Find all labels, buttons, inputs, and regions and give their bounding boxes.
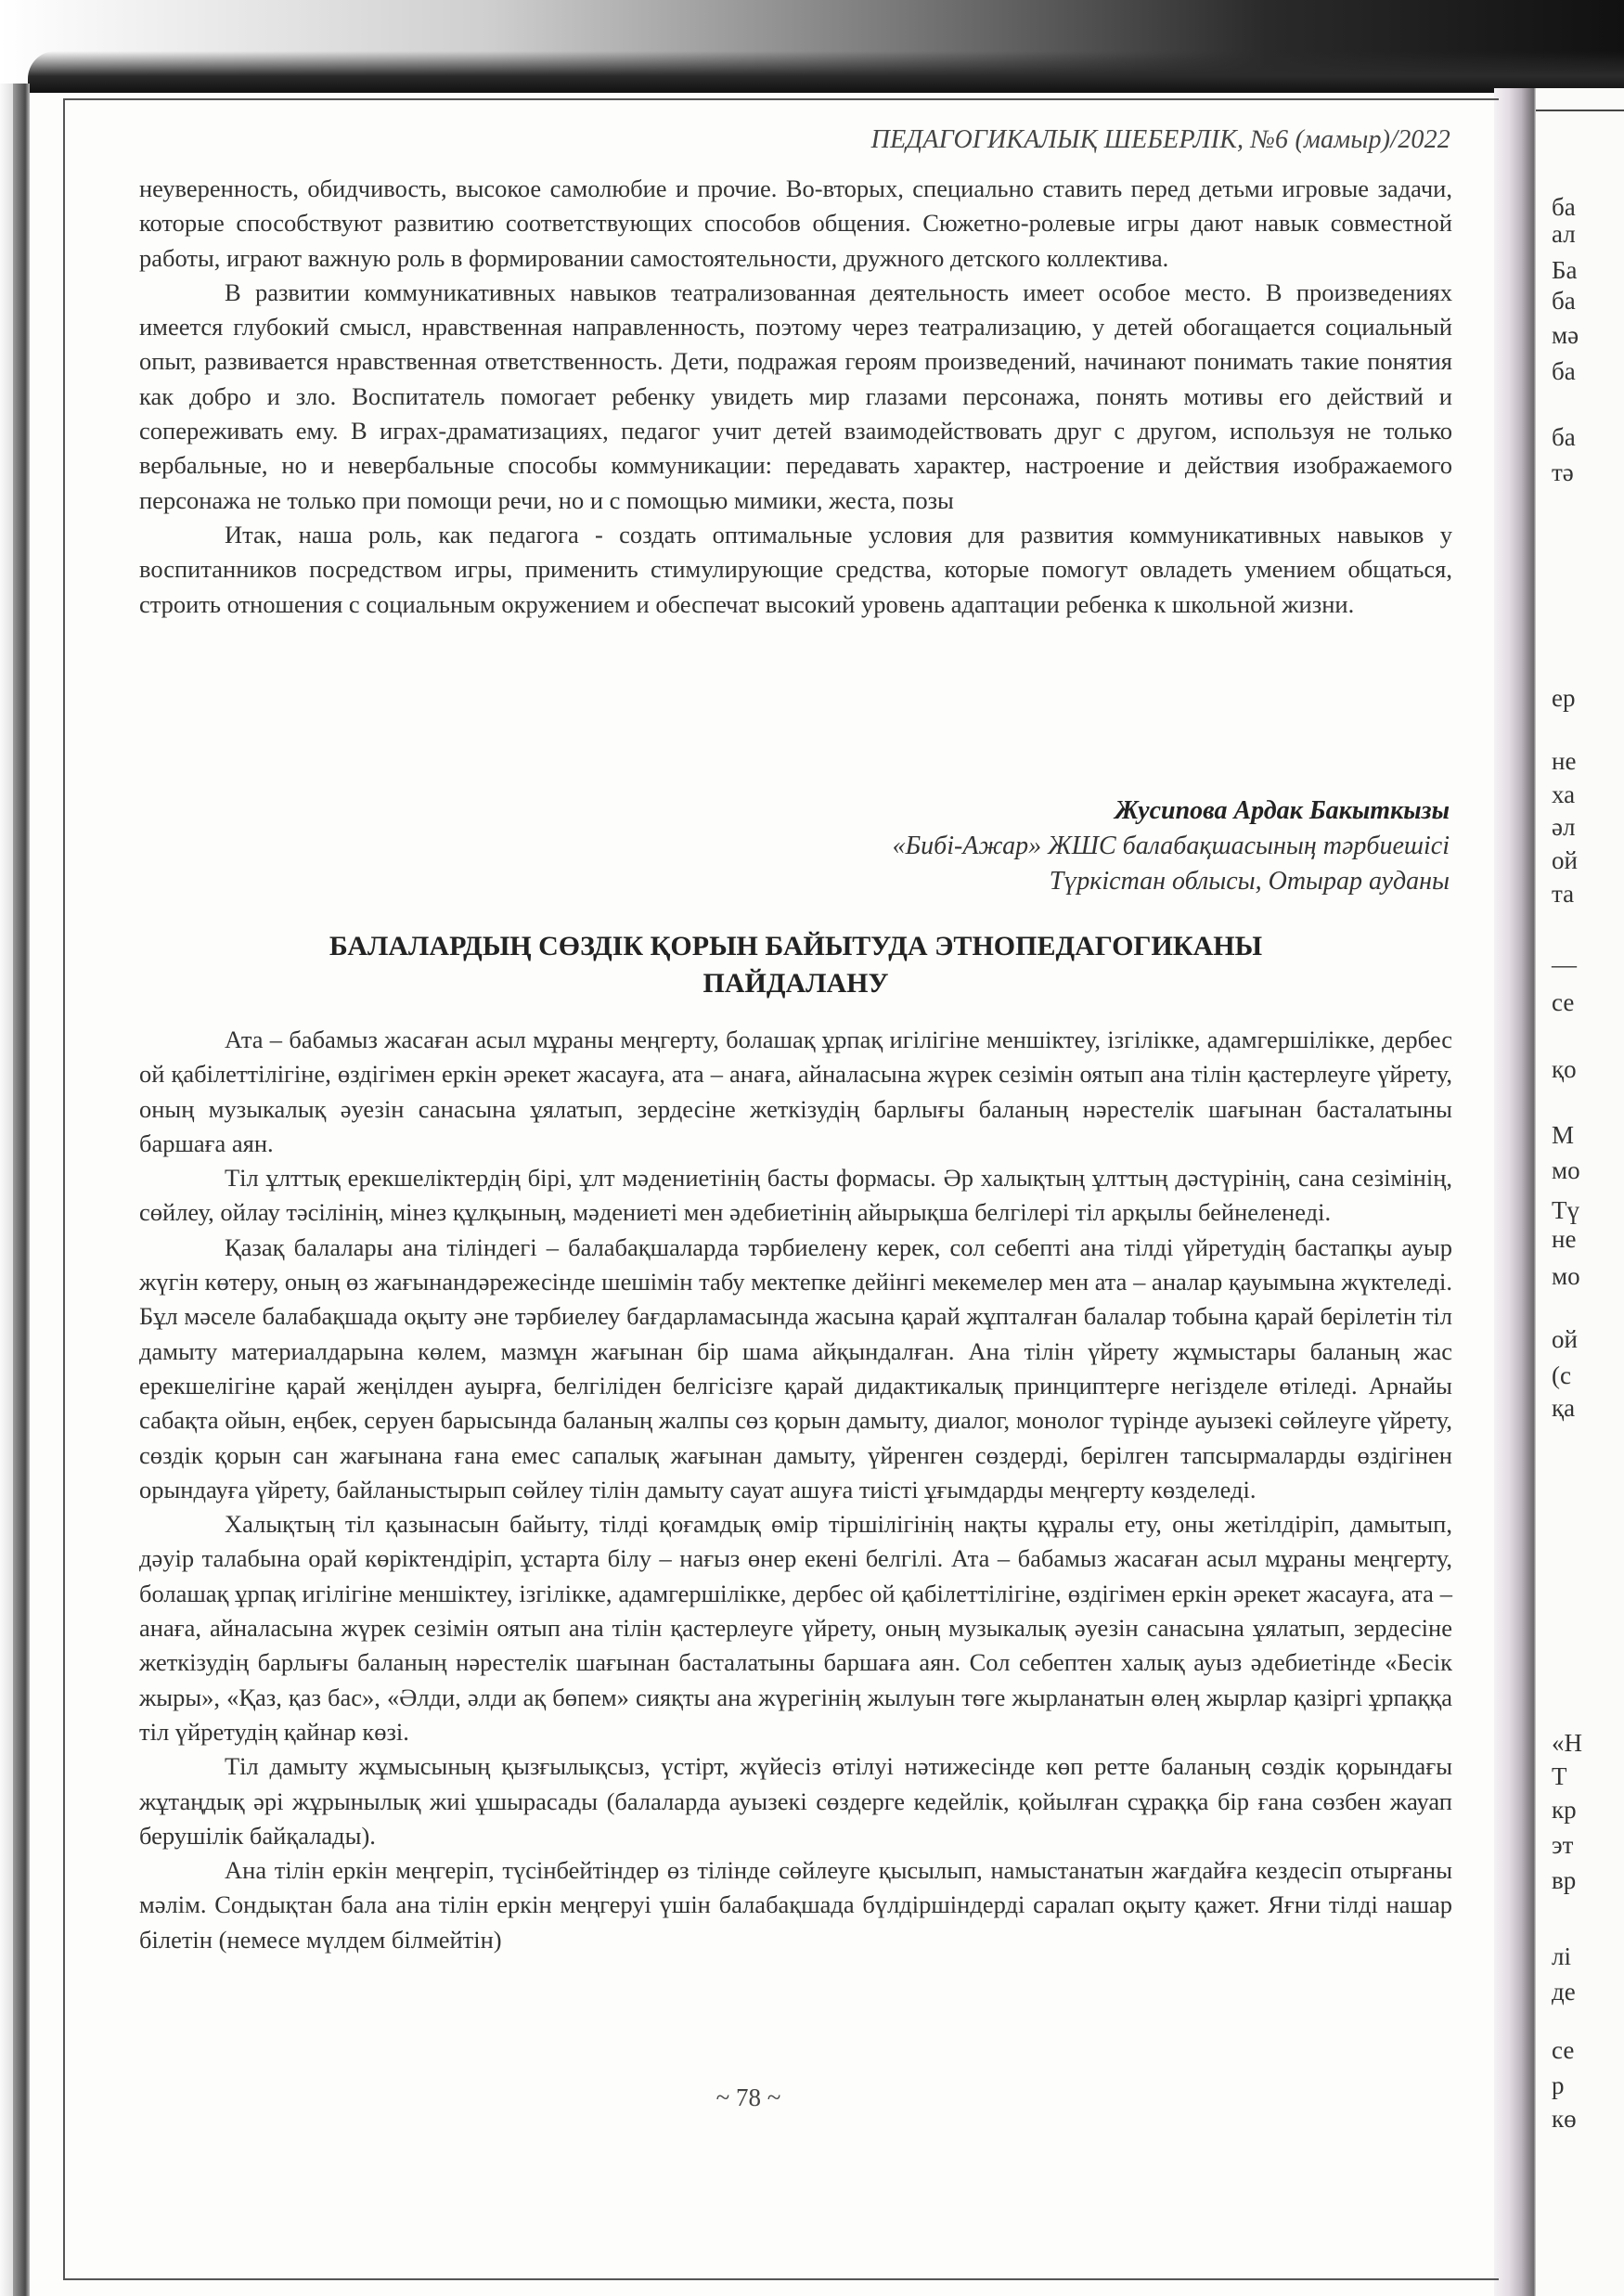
facing-page-fragment: Т [1552, 1762, 1567, 1791]
facing-page-fragment: (с [1552, 1361, 1571, 1390]
paragraph: Тіл дамыту жұмысының қызғылықсыз, үстірт… [139, 1749, 1452, 1853]
page-left-edge-highlight [0, 84, 13, 2296]
running-head: ПЕДАГОГИКАЛЫҚ ШЕБЕРЛІК, №6 (мамыр)/2022 [871, 125, 1450, 155]
facing-page-fragment: не [1552, 747, 1576, 776]
facing-page-fragment: М [1552, 1121, 1574, 1150]
paragraph: Тіл ұлттық ерекшеліктердің бірі, ұлт мәд… [139, 1161, 1452, 1231]
paragraph: Қазақ балалары ана тіліндегі – балабақша… [139, 1231, 1452, 1507]
facing-page-fragment: эт [1552, 1831, 1573, 1860]
facing-page-fragment: се [1552, 988, 1574, 1017]
facing-page-fragment: лі [1552, 1942, 1571, 1971]
facing-page-fragment: Тү [1552, 1196, 1579, 1225]
facing-page-fragment: вр [1552, 1866, 1576, 1895]
facing-page-fragment: ба [1552, 287, 1576, 316]
article-title: БАЛАЛАРДЫҢ СӨЗДІК ҚОРЫН БАЙЫТУДА ЭТНОПЕД… [139, 928, 1452, 1002]
paragraph: Ана тілін еркін меңгеріп, түсінбейтіндер… [139, 1853, 1452, 1957]
facing-page-fragment: «Н [1552, 1729, 1582, 1758]
facing-page-fragment: ой [1552, 1325, 1578, 1354]
facing-page [1536, 88, 1624, 2296]
facing-page-fragment: ой [1552, 846, 1578, 875]
facing-page-fragment: — [1552, 950, 1577, 979]
facing-page-fragment: қо [1552, 1055, 1577, 1084]
facing-page-fragment: мо [1552, 1262, 1580, 1291]
author-block: Жусипова Ардак Бакыткызы «Бибі-Ажар» ЖШС… [893, 793, 1450, 899]
facing-page-fragment: не [1552, 1225, 1576, 1254]
author-location: Түркістан облысы, Отырар ауданы [893, 864, 1450, 899]
facing-page-fragment: мә [1552, 321, 1579, 350]
paragraph: Ата – бабамыз жасаған асыл мұраны меңгер… [139, 1023, 1452, 1161]
scan-shadow-band [0, 0, 1624, 93]
facing-page-fragment: ер [1552, 684, 1575, 713]
facing-page-fragment: қа [1552, 1394, 1575, 1423]
facing-page-fragment: та [1552, 880, 1574, 909]
paragraph: В развитии коммуникативных навыков театр… [139, 276, 1452, 518]
facing-page-fragment: кө [1552, 2105, 1577, 2134]
facing-page-fragment: ха [1552, 780, 1575, 809]
paragraph: неуверенность, обидчивость, высокое само… [139, 172, 1452, 276]
facing-page-fragment: әл [1552, 813, 1575, 842]
facing-page-fragment: ал [1552, 220, 1576, 249]
facing-page-rule [1536, 110, 1624, 111]
facing-page-fragment: ба [1552, 423, 1576, 452]
facing-page-fragment: Ба [1552, 256, 1578, 285]
article-body: Ата – бабамыз жасаған асыл мұраны меңгер… [139, 1023, 1452, 1957]
facing-page-fragment: де [1552, 1978, 1576, 2006]
author-name: Жусипова Ардак Бакыткызы [893, 793, 1450, 829]
book-gutter-shadow [1494, 88, 1536, 2296]
facing-page-fragment: ба [1552, 357, 1576, 386]
facing-page-fragment: ба [1552, 193, 1576, 222]
article-title-line-2: ПАЙДАЛАНУ [139, 965, 1452, 1002]
author-affiliation: «Бибі-Ажар» ЖШС балабақшасының тәрбиешіс… [893, 829, 1450, 864]
page-number: ~ 78 ~ [0, 2083, 1497, 2112]
paragraph: Итак, наша роль, как педагога - создать … [139, 518, 1452, 622]
paragraph: Халықтың тіл қазынасын байыту, тілді қоғ… [139, 1507, 1452, 1749]
previous-article-body: неуверенность, обидчивость, высокое само… [139, 172, 1452, 622]
facing-page-fragment: мо [1552, 1156, 1580, 1185]
facing-page-fragment: р [1552, 2071, 1565, 2100]
facing-page-fragment: тә [1552, 458, 1574, 487]
article-title-line-1: БАЛАЛАРДЫҢ СӨЗДІК ҚОРЫН БАЙЫТУДА ЭТНОПЕД… [139, 928, 1452, 965]
facing-page-fragment: кр [1552, 1796, 1577, 1825]
facing-page-fragment: се [1552, 2036, 1574, 2065]
